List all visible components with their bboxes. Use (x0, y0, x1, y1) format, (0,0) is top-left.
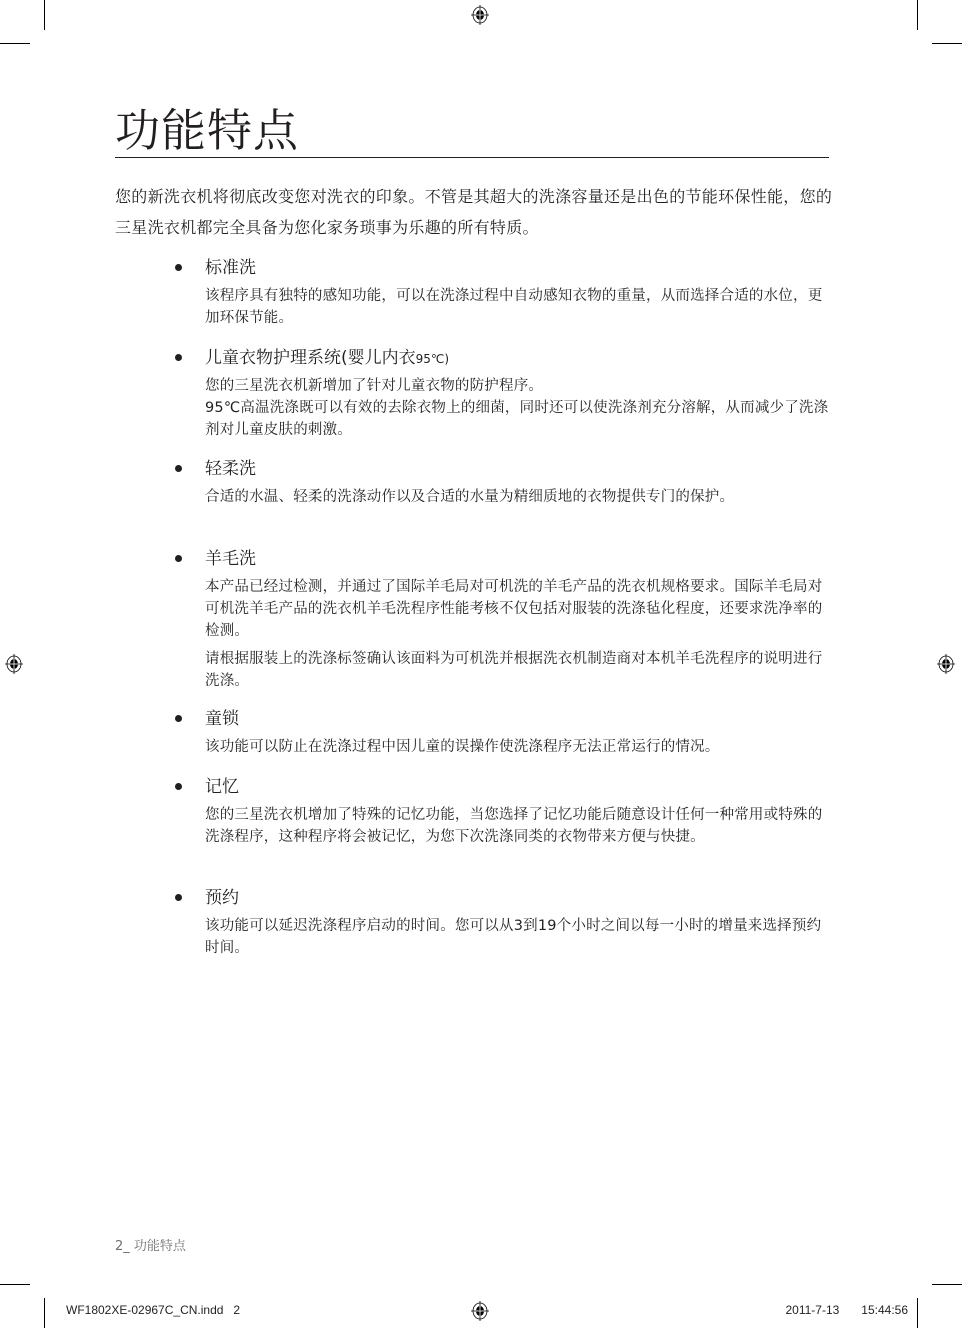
feature-description: 合适的水温、轻柔的洗涤动作以及合适的水量为精细质地的衣物提供专门的保护。 (205, 486, 830, 508)
feature-description: 该程序具有独特的感知功能，可以在洗涤过程中自动感知衣物的重量，从而选择合适的水位… (205, 285, 830, 329)
feature-description: 本产品已经过检测，并通过了国际羊毛局对可机洗的羊毛产品的洗衣机规格要求。国际羊毛… (205, 576, 830, 692)
crop-mark-bottom-left-horizontal (0, 1284, 30, 1285)
print-slug-datetime: 2011-7-13 15:44:56 (785, 1303, 908, 1317)
crop-mark-top-left-horizontal (0, 43, 30, 44)
feature-paragraph: 该功能可以延迟洗涤程序启动的时间。您可以从3到19个小时之间以每一小时的增量来选… (205, 915, 830, 959)
bullet-icon (175, 555, 182, 562)
crop-mark-bottom-left-vertical (44, 1298, 45, 1328)
feature-title: 预约 (205, 885, 239, 911)
feature-title-text: 儿童衣物护理系统(婴儿内衣 (205, 348, 416, 368)
bullet-icon (175, 354, 182, 361)
title-divider (115, 157, 829, 158)
feature-title: 标准洗 (205, 255, 256, 281)
page-footer-label: 2_ 功能特点 (115, 1238, 186, 1256)
feature-paragraph: 您的三星洗衣机新增加了针对儿童衣物的防护程序。 (205, 375, 830, 397)
registration-mark-icon (470, 5, 490, 25)
feature-paragraph: 该功能可以防止在洗涤过程中因儿童的误操作使洗涤程序无法正常运行的情况。 (205, 736, 830, 758)
intro-paragraph: 您的新洗衣机将彻底改变您对洗衣的印象。不管是其超大的洗涤容量还是出色的节能环保性… (115, 181, 835, 243)
crop-mark-bottom-right-vertical (917, 1298, 918, 1328)
feature-description: 该功能可以防止在洗涤过程中因儿童的误操作使洗涤程序无法正常运行的情况。 (205, 736, 830, 758)
feature-description: 您的三星洗衣机新增加了针对儿童衣物的防护程序。 95℃高温洗涤既可以有效的去除衣… (205, 375, 830, 441)
print-slug-filename: WF1802XE-02967C_CN.indd 2 (66, 1303, 240, 1317)
registration-mark-icon (470, 1301, 490, 1321)
feature-paragraph: 合适的水温、轻柔的洗涤动作以及合适的水量为精细质地的衣物提供专门的保护。 (205, 486, 830, 508)
crop-mark-top-right-horizontal (932, 43, 962, 44)
feature-title: 记忆 (205, 774, 239, 800)
registration-mark-icon (936, 654, 956, 674)
crop-mark-bottom-right-horizontal (932, 1284, 962, 1285)
feature-description: 该功能可以延迟洗涤程序启动的时间。您可以从3到19个小时之间以每一小时的增量来选… (205, 915, 830, 959)
crop-mark-top-left-vertical (44, 0, 45, 30)
crop-mark-top-right-vertical (917, 0, 918, 30)
feature-paragraph: 本产品已经过检测，并通过了国际羊毛局对可机洗的羊毛产品的洗衣机规格要求。国际羊毛… (205, 576, 830, 642)
feature-title: 羊毛洗 (205, 546, 256, 572)
page-title: 功能特点 (115, 104, 299, 158)
registration-mark-icon (4, 654, 24, 674)
bullet-icon (175, 264, 182, 271)
feature-paragraph: 您的三星洗衣机增加了特殊的记忆功能，当您选择了记忆功能后随意设计任何一种常用或特… (205, 804, 830, 848)
feature-title: 轻柔洗 (205, 456, 256, 482)
feature-description: 您的三星洗衣机增加了特殊的记忆功能，当您选择了记忆功能后随意设计任何一种常用或特… (205, 804, 830, 848)
bullet-icon (175, 465, 182, 472)
bullet-icon (175, 894, 182, 901)
feature-title-suffix: 95℃) (416, 352, 449, 366)
feature-title: 童锁 (205, 706, 239, 732)
feature-paragraph: 该程序具有独特的感知功能，可以在洗涤过程中自动感知衣物的重量，从而选择合适的水位… (205, 285, 830, 329)
bullet-icon (175, 715, 182, 722)
feature-paragraph: 95℃高温洗涤既可以有效的去除衣物上的细菌，同时还可以使洗涤剂充分溶解，从而减少… (205, 397, 830, 441)
bullet-icon (175, 783, 182, 790)
feature-paragraph: 请根据服装上的洗涤标签确认该面料为可机洗并根据洗衣机制造商对本机羊毛洗程序的说明… (205, 648, 830, 692)
feature-title: 儿童衣物护理系统(婴儿内衣95℃) (205, 345, 449, 372)
